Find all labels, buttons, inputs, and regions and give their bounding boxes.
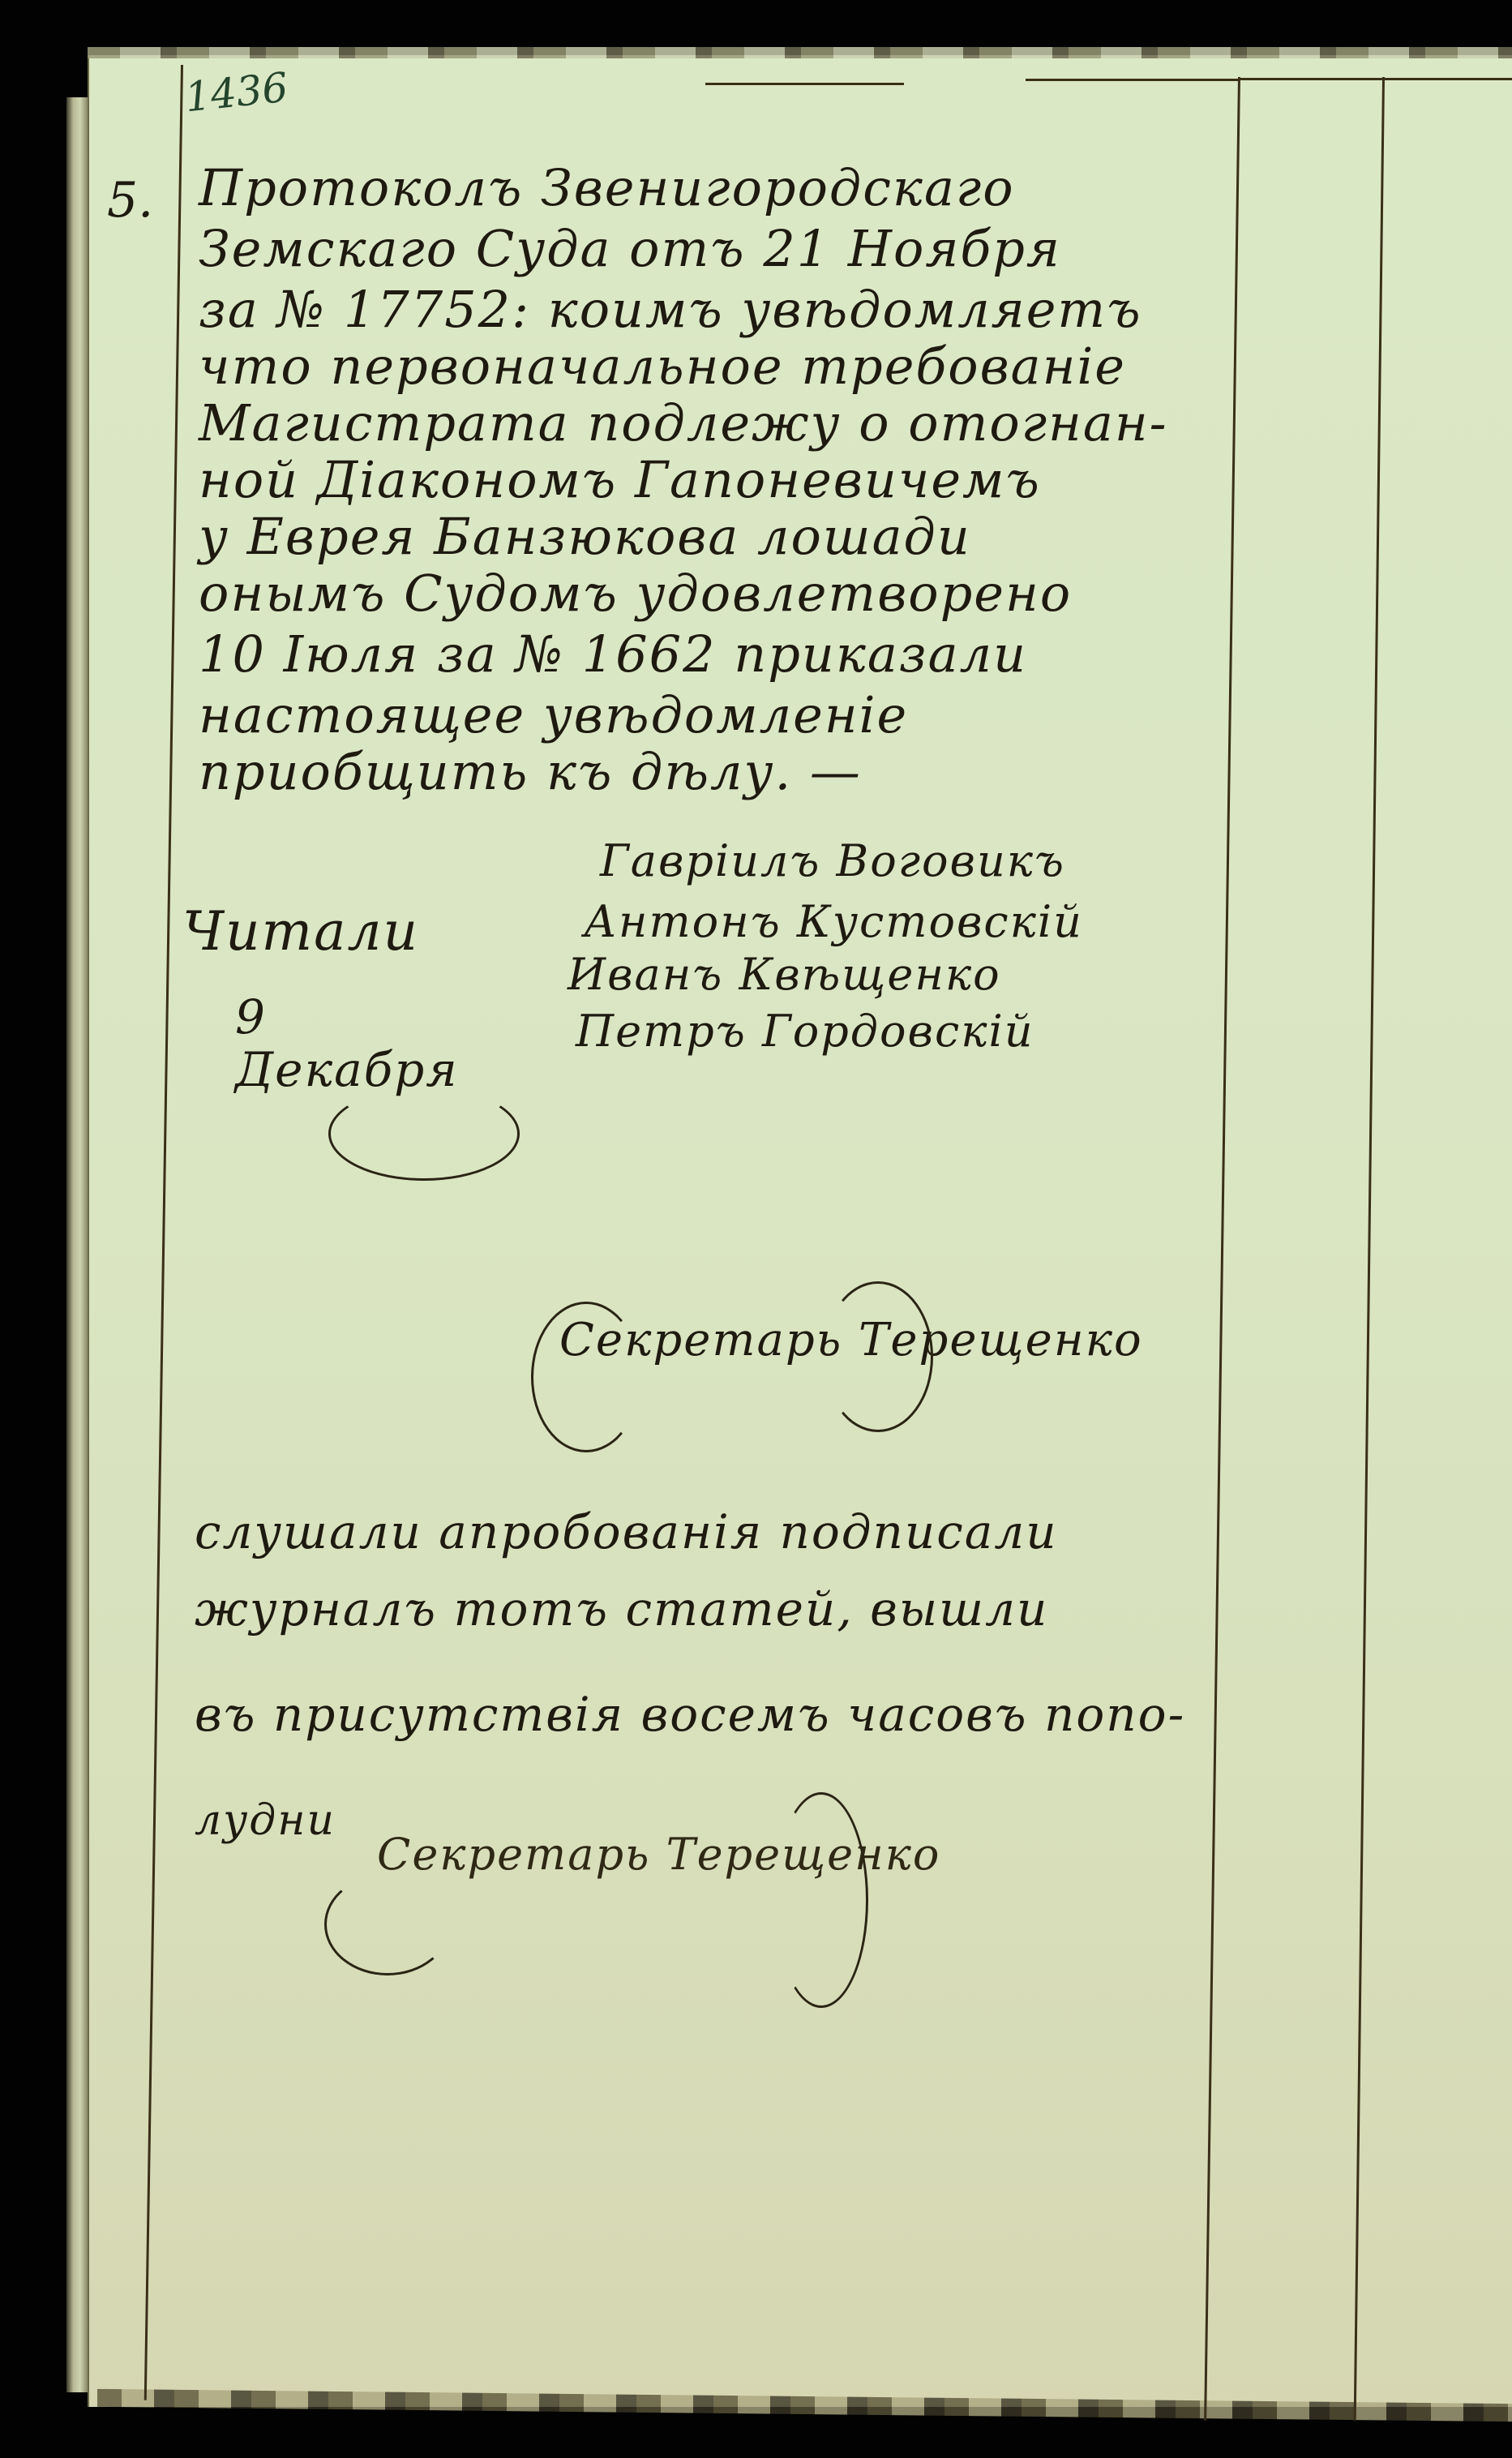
read-label: Читали [182,900,419,963]
body-line: Магистрата подлежу о отогнан- [199,393,1168,453]
body-line: у Еврея Банзюкова лошади [199,507,971,566]
body-line: за № 17752: коимъ увѣдомляетъ [199,280,1142,339]
header-dash-1 [705,83,904,85]
closing-line: журналъ тотъ статей, вышли [195,1581,1048,1637]
signature-flourish [823,1281,933,1432]
body-line: Протоколъ Звенигородскаго [199,158,1015,217]
body-line: что первоначальное требованіе [199,337,1126,396]
signature-flourish [774,1792,868,2008]
body-line: онымъ Судомъ удовлетворено [199,564,1072,623]
closing-line: въ присутствія восемъ часовъ попо- [195,1687,1185,1742]
signature-flourish [531,1302,641,1452]
body-line: ной Діакономъ Гапоневичемъ [199,450,1041,509]
signature-flourish [324,1873,451,1975]
body-line: Земскаго Суда отъ 21 Ноября [199,219,1061,278]
item-number: 5. [107,172,153,229]
signature: Иванъ Квѣщенко [568,949,1001,1000]
header-rule-right [1238,78,1512,80]
header-dash-2 [1026,79,1238,81]
stacked-page-edges [66,97,89,2392]
signature: Гавріилъ Воговикъ [600,835,1065,886]
signature: Антонъ Кустовскій [584,896,1083,947]
closing-line: лудни [195,1796,336,1845]
read-flourish [328,1087,520,1181]
closing-line: слушали апробованія подписали [195,1504,1058,1559]
read-day: 9 [235,989,267,1045]
page-top-edge [88,47,1512,58]
body-line: 10 Іюля за № 1662 приказали [199,624,1027,684]
body-line: приобщить къ дѣлу. — [199,742,862,801]
body-line: настоящее увѣдомленіе [199,685,908,744]
signature: Петръ Гордовскій [576,1006,1034,1057]
